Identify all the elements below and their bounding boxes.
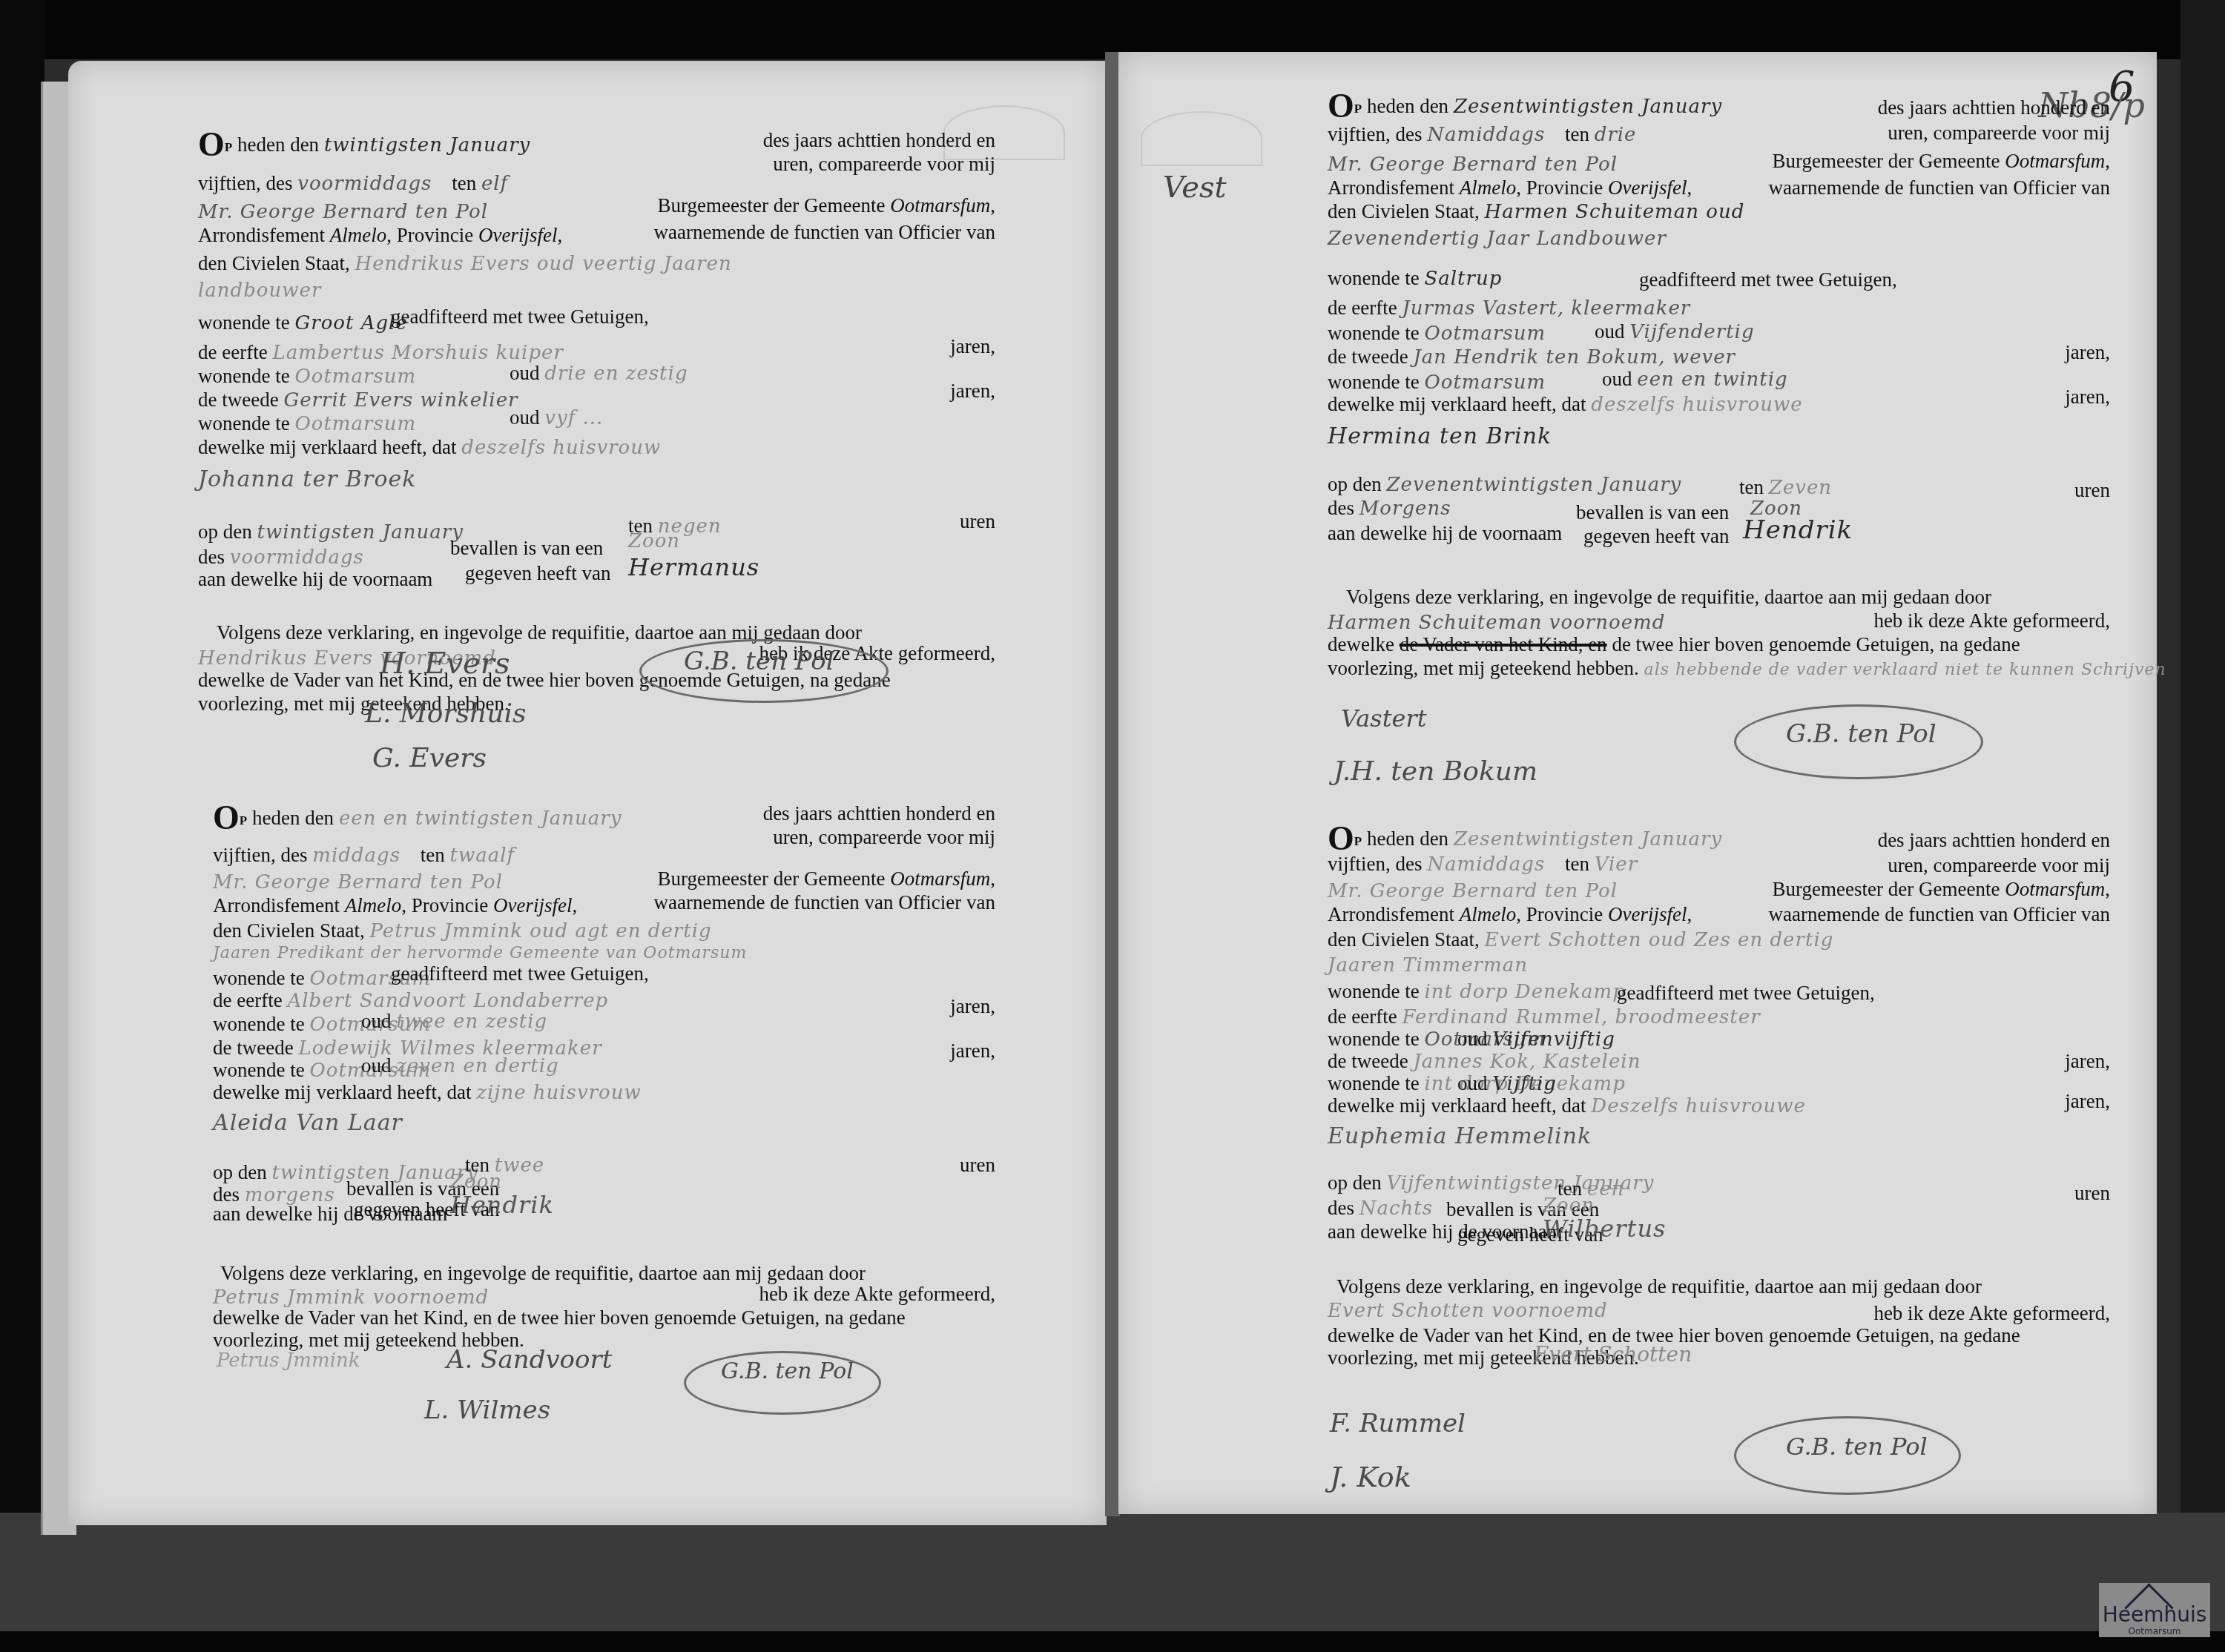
- right-page: 6 Nb8/p Vest OP heden den Zesentwintigst…: [1118, 52, 2157, 1514]
- initial-letter: O: [198, 125, 225, 163]
- embossed-stamp: [1141, 111, 1262, 166]
- signature: Petrus Jmmink: [217, 1349, 360, 1372]
- signature: G. Evers: [372, 743, 487, 773]
- extra-note: als hebbende de vader verklaard niet te …: [1644, 661, 2166, 679]
- act-daypart: voormiddags: [297, 173, 432, 195]
- official-name: Mr. George Bernard ten Pol: [198, 201, 488, 223]
- signature: J. Kok: [1330, 1461, 1411, 1493]
- birth-act-4: OP heden den Zesentwintigsten January de…: [1328, 823, 2110, 1357]
- birth-date: twintigsten January: [257, 521, 463, 543]
- birth-act-3: OP heden den Zesentwintigsten January de…: [1328, 82, 2110, 645]
- signature: L. Wilmes: [424, 1395, 550, 1425]
- scan-background-top: [0, 0, 2225, 59]
- signature: F. Rummel: [1330, 1409, 1466, 1438]
- signature: A. Sandvoort: [446, 1345, 612, 1375]
- scan-background-right: [2180, 0, 2225, 1652]
- witness-2: Gerrit Evers winkelier: [283, 389, 518, 412]
- heemhuis-logo: Heemhuis Ootmarsum: [2099, 1583, 2210, 1637]
- witness-1: Lambertus Morshuis kuiper: [272, 342, 563, 364]
- declarant: Hendrikus Evers oud veertig Jaaren: [355, 253, 731, 275]
- signature: L. Morshuis: [365, 698, 526, 729]
- act-hour: elf: [481, 173, 508, 195]
- signature: H. Evers: [380, 647, 510, 681]
- struck-text: de Vader van het Kind, en: [1400, 633, 1607, 655]
- mayor-signature: G.B. ten Pol: [721, 1358, 854, 1384]
- margin-annotation: Vest: [1163, 171, 1227, 205]
- book-gutter: [1105, 52, 1120, 1516]
- mayor-signature: G.B. ten Pol: [1786, 719, 1936, 749]
- child-name: Hermanus: [628, 553, 759, 581]
- mayor-signature: G.B. ten Pol: [684, 647, 834, 676]
- mother-name: Johanna ter Broek: [198, 466, 416, 492]
- signature: Vastert: [1341, 704, 1427, 733]
- scan-background-left: [0, 0, 44, 1652]
- birth-act-1: OP heden den twintigsten January des jaa…: [198, 120, 995, 684]
- signature: Evert Schotten: [1534, 1342, 1692, 1367]
- left-page: OP heden den twintigsten January des jaa…: [68, 61, 1107, 1525]
- act-date: twintigsten January: [324, 134, 530, 156]
- birth-act-2: OP heden den een en twintigsten January …: [213, 802, 995, 1366]
- mayor-signature: G.B. ten Pol: [1786, 1433, 1928, 1461]
- signature: J.H. ten Bokum: [1334, 756, 1537, 787]
- scan-edge-bottom: [0, 1631, 2225, 1652]
